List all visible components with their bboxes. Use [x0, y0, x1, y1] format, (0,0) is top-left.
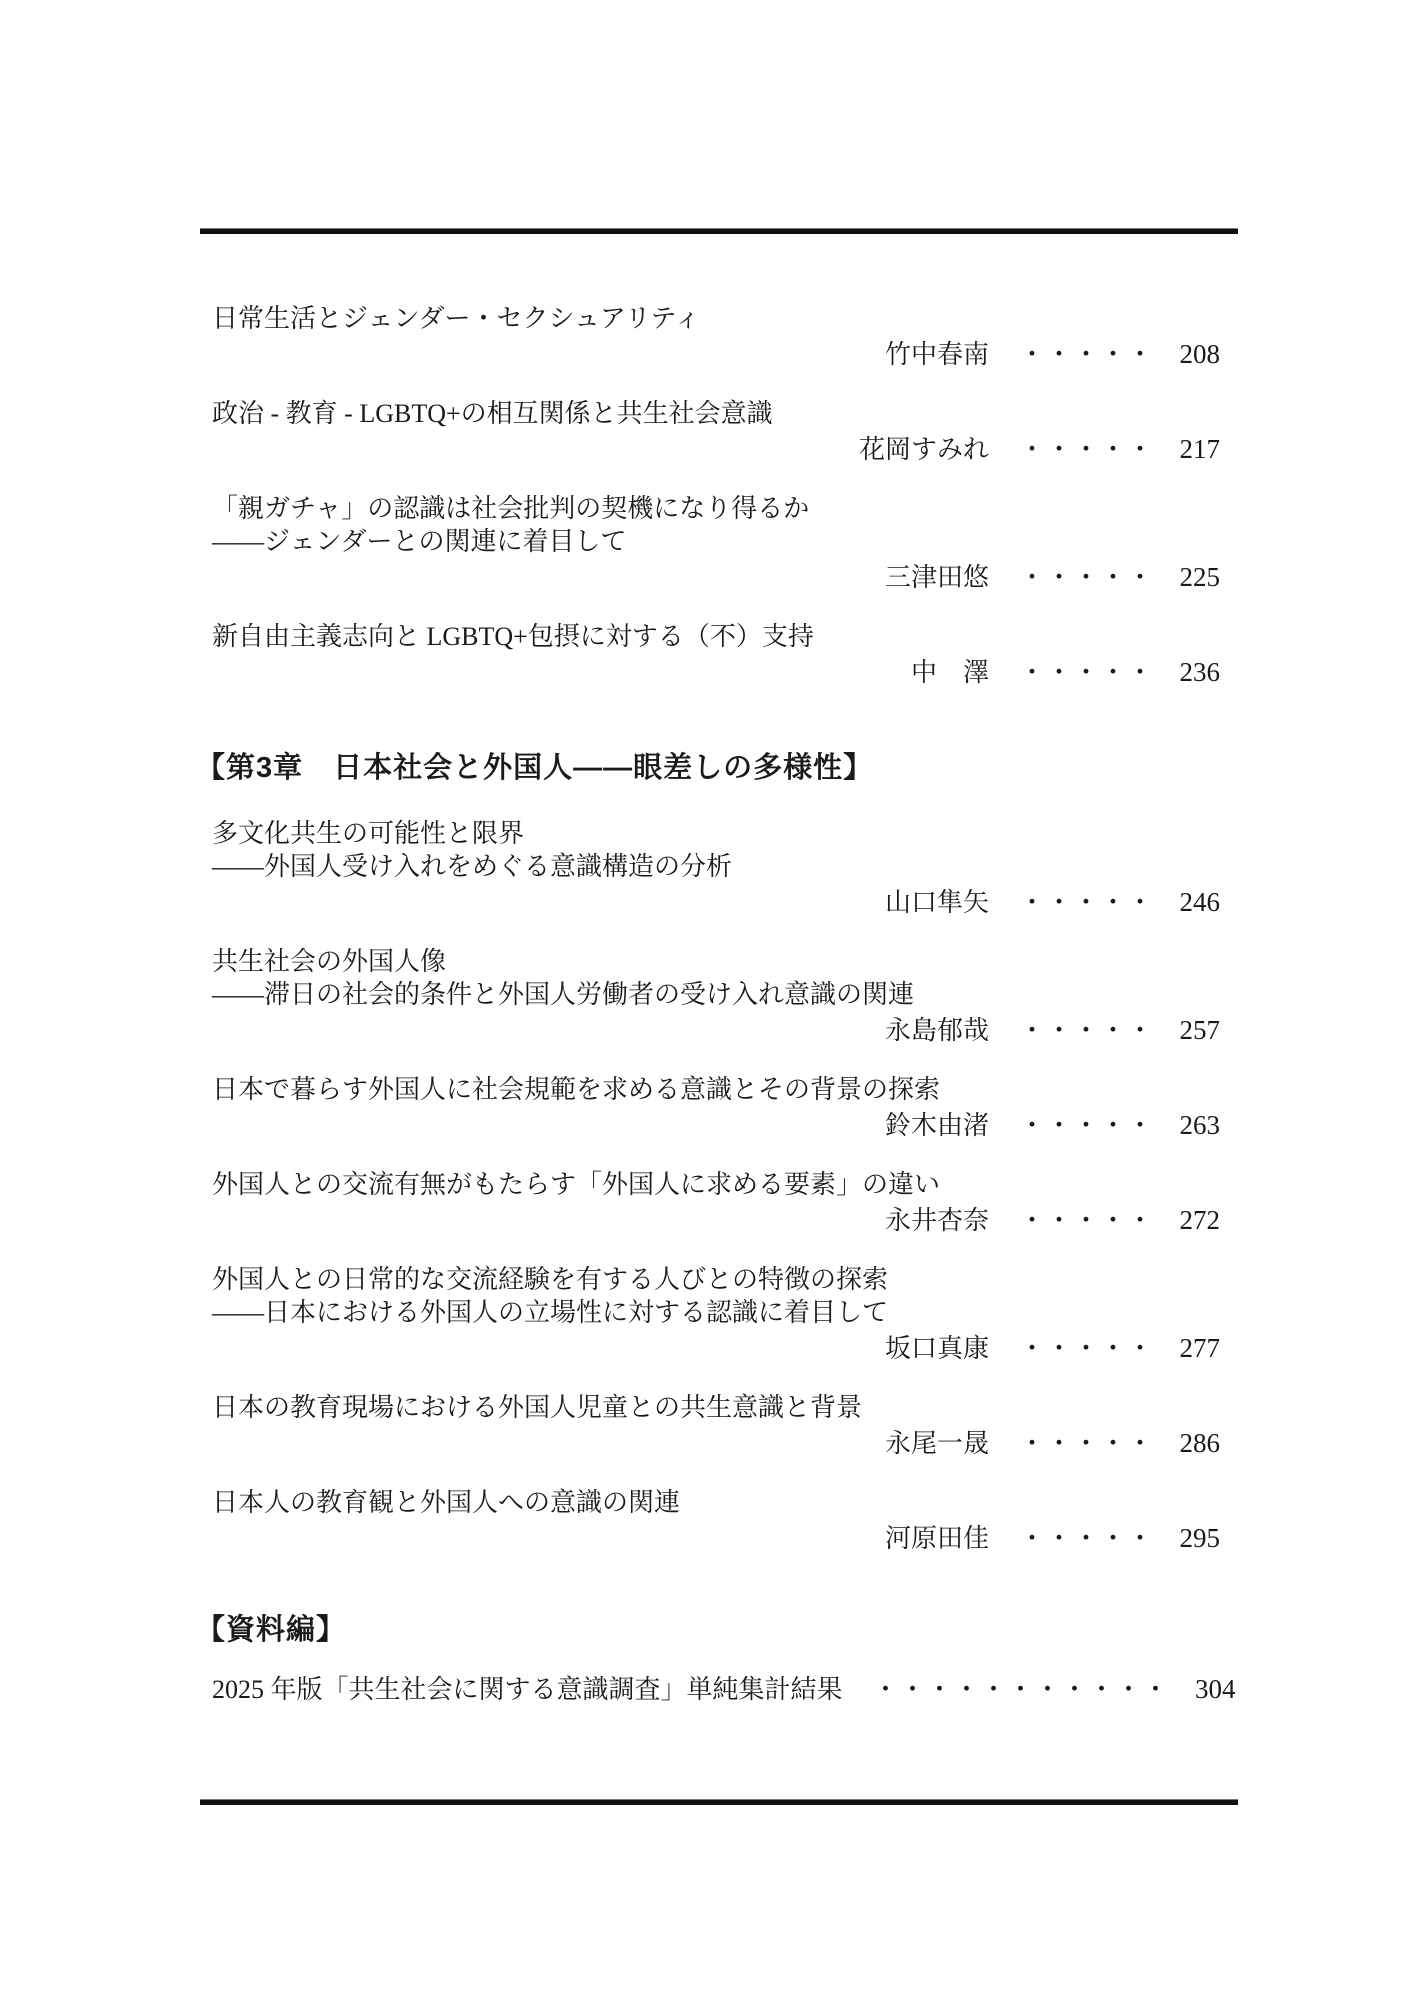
entry-author: 永尾一晟: [885, 1427, 989, 1460]
entry-author: 永井杏奈: [885, 1204, 989, 1237]
entry-author-row: 花岡すみれ ・・・・・ 217: [212, 433, 1220, 466]
entry-author: 坂口真康: [885, 1332, 989, 1365]
toc-content: 日常生活とジェンダー・セクシュアリティ 竹中春南 ・・・・・ 208 政治 - …: [212, 233, 1220, 1706]
dot-leader: ・・・・・: [1019, 1332, 1154, 1365]
toc-entry: 日常生活とジェンダー・セクシュアリティ 竹中春南 ・・・・・ 208: [212, 302, 1220, 371]
entry-page-number: 272: [1170, 1204, 1220, 1237]
dot-leader: ・・・・・: [1019, 656, 1154, 689]
entry-author: 三津田悠: [885, 561, 989, 594]
entry-subtitle: ——滞日の社会的条件と外国人労働者の受け入れ意識の関連: [212, 978, 1220, 1011]
entry-author-row: 中 澤 ・・・・・ 236: [212, 656, 1220, 689]
entry-author: 竹中春南: [885, 338, 989, 371]
entry-author-row: 河原田佳 ・・・・・ 295: [212, 1522, 1220, 1555]
entry-subtitle: ——日本における外国人の立場性に対する認識に着目して: [212, 1296, 1220, 1329]
entry-page-number: 208: [1170, 338, 1220, 371]
entry-page-number: 246: [1170, 886, 1220, 919]
entry-author-row: 永井杏奈 ・・・・・ 272: [212, 1204, 1220, 1237]
toc-entry: 外国人との交流有無がもたらす「外国人に求める要素」の違い 永井杏奈 ・・・・・ …: [212, 1168, 1220, 1237]
chapter-heading: 【第3章 日本社会と外国人——眼差しの多様性】: [196, 749, 1220, 787]
entry-author-row: 竹中春南 ・・・・・ 208: [212, 338, 1220, 371]
entry-author: 河原田佳: [885, 1522, 989, 1555]
entry-page-number: 257: [1170, 1014, 1220, 1047]
entry-subtitle: ——ジェンダーとの関連に着目して: [212, 525, 1220, 558]
toc-entry: 「親ガチャ」の認識は社会批判の契機になり得るか ——ジェンダーとの関連に着目して…: [212, 492, 1220, 594]
toc-entry: 日本で暮らす外国人に社会規範を求める意識とその背景の探索 鈴木由渚 ・・・・・ …: [212, 1073, 1220, 1142]
dot-leader: ・・・・・: [1019, 1522, 1154, 1555]
entry-author-row: 永島郁哉 ・・・・・ 257: [212, 1014, 1220, 1047]
entry-page-number: 277: [1170, 1332, 1220, 1365]
dot-leader: ・・・・・: [1019, 561, 1154, 594]
dot-leader: ・・・・・・・・・・・: [873, 1673, 1170, 1706]
dot-leader: ・・・・・: [1019, 1109, 1154, 1142]
entry-author: 永島郁哉: [885, 1014, 989, 1047]
entry-author-row: 永尾一晟 ・・・・・ 286: [212, 1427, 1220, 1460]
dot-leader: ・・・・・: [1019, 338, 1154, 371]
appendix-entry-title: 2025 年版「共生社会に関する意識調査」単純集計結果: [212, 1673, 843, 1706]
page: 日常生活とジェンダー・セクシュアリティ 竹中春南 ・・・・・ 208 政治 - …: [0, 0, 1414, 2000]
toc-entry: 日本の教育現場における外国人児童との共生意識と背景 永尾一晟 ・・・・・ 286: [212, 1391, 1220, 1460]
entry-title: 日本の教育現場における外国人児童との共生意識と背景: [212, 1391, 1220, 1424]
toc-entry: 新自由主義志向と LGBTQ+包摂に対する（不）支持 中 澤 ・・・・・ 236: [212, 620, 1220, 689]
entry-page-number: 304: [1186, 1673, 1236, 1706]
dot-leader: ・・・・・: [1019, 886, 1154, 919]
toc-entry: 共生社会の外国人像 ——滞日の社会的条件と外国人労働者の受け入れ意識の関連 永島…: [212, 945, 1220, 1047]
entry-page-number: 217: [1170, 433, 1220, 466]
entry-page-number: 295: [1170, 1522, 1220, 1555]
entry-author: 山口隼矢: [885, 886, 989, 919]
entry-page-number: 236: [1170, 656, 1220, 689]
entry-author-row: 山口隼矢 ・・・・・ 246: [212, 886, 1220, 919]
entry-title: 日本人の教育観と外国人への意識の関連: [212, 1486, 1220, 1519]
entry-subtitle: ——外国人受け入れをめぐる意識構造の分析: [212, 850, 1220, 883]
toc-entry: 多文化共生の可能性と限界 ——外国人受け入れをめぐる意識構造の分析 山口隼矢 ・…: [212, 817, 1220, 919]
appendix-heading: 【資料編】: [196, 1611, 1220, 1649]
dot-leader: ・・・・・: [1019, 1204, 1154, 1237]
toc-entry: 政治 - 教育 - LGBTQ+の相互関係と共生社会意識 花岡すみれ ・・・・・…: [212, 397, 1220, 466]
toc-entry: 外国人との日常的な交流経験を有する人びとの特徴の探索 ——日本における外国人の立…: [212, 1263, 1220, 1365]
dot-leader: ・・・・・: [1019, 1014, 1154, 1047]
entry-title: 外国人との日常的な交流経験を有する人びとの特徴の探索: [212, 1263, 1220, 1296]
entry-author-row: 坂口真康 ・・・・・ 277: [212, 1332, 1220, 1365]
entry-title: 外国人との交流有無がもたらす「外国人に求める要素」の違い: [212, 1168, 1220, 1201]
dot-leader: ・・・・・: [1019, 1427, 1154, 1460]
entry-title: 政治 - 教育 - LGBTQ+の相互関係と共生社会意識: [212, 397, 1220, 430]
entry-author: 中 澤: [911, 656, 989, 689]
entry-author: 花岡すみれ: [859, 433, 989, 466]
entry-title: 日本で暮らす外国人に社会規範を求める意識とその背景の探索: [212, 1073, 1220, 1106]
entry-title: 共生社会の外国人像: [212, 945, 1220, 978]
bottom-rule: [200, 1799, 1238, 1805]
dot-leader: ・・・・・: [1019, 433, 1154, 466]
entry-title: 新自由主義志向と LGBTQ+包摂に対する（不）支持: [212, 620, 1220, 653]
entry-title: 多文化共生の可能性と限界: [212, 817, 1220, 850]
entry-author-row: 三津田悠 ・・・・・ 225: [212, 561, 1220, 594]
entry-author: 鈴木由渚: [885, 1109, 989, 1142]
entry-page-number: 263: [1170, 1109, 1220, 1142]
entry-title: 日常生活とジェンダー・セクシュアリティ: [212, 302, 1220, 335]
entry-page-number: 225: [1170, 561, 1220, 594]
entry-title: 「親ガチャ」の認識は社会批判の契機になり得るか: [212, 492, 1220, 525]
entry-author-row: 鈴木由渚 ・・・・・ 263: [212, 1109, 1220, 1142]
appendix-entry: 2025 年版「共生社会に関する意識調査」単純集計結果 ・・・・・・・・・・・ …: [212, 1673, 1220, 1706]
toc-entry: 日本人の教育観と外国人への意識の関連 河原田佳 ・・・・・ 295: [212, 1486, 1220, 1555]
entry-page-number: 286: [1170, 1427, 1220, 1460]
